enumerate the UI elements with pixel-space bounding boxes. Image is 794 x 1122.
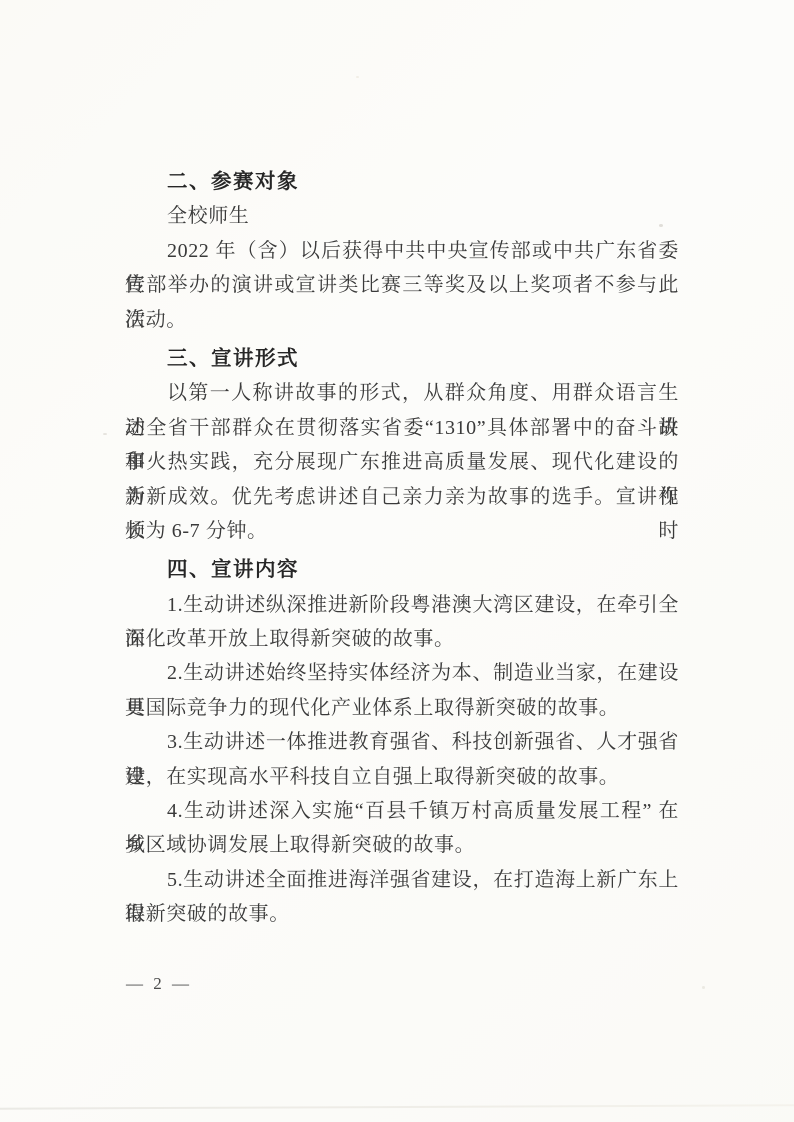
body-line: 全校师生 <box>125 199 679 233</box>
scanned-document-page: { "page": { "background_color": "#fcfcfa… <box>0 0 794 1122</box>
body-line: 3.生动讲述一体推进教育强省、科技创新强省、人才强省建 <box>125 725 679 759</box>
document-body: 二、参赛对象全校师生2022 年（含）以后获得中共中央宣传部或中共广东省委宣传部… <box>125 165 679 932</box>
body-line: 5.生动讲述全面推进海洋强省建设，在打造海上新广东上取 <box>125 863 679 897</box>
scan-speck <box>356 76 359 78</box>
body-line: 述全省干部群众在贯彻落实省委“1310”具体部署中的奋斗故事 <box>125 411 679 445</box>
body-line: 2.生动讲述始终坚持实体经济为本、制造业当家，在建设更 <box>125 656 679 690</box>
section-heading: 三、宣讲形式 <box>125 342 679 376</box>
scan-edge-shadow <box>0 1104 794 1110</box>
scan-speck <box>702 986 705 989</box>
body-line: 乡区域协调发展上取得新突破的故事。 <box>125 828 679 862</box>
page-number: — 2 — <box>126 972 192 996</box>
body-line: 4.生动讲述深入实施“百县千镇万村高质量发展工程” 在城 <box>125 794 679 828</box>
body-line: 设，在实现高水平科技自立自强上取得新突破的故事。 <box>125 760 679 794</box>
body-line: 活动。 <box>125 303 679 337</box>
body-line: 2022 年（含）以后获得中共中央宣传部或中共广东省委宣 <box>125 234 679 268</box>
body-line: 为新成效。优先考虑讲述自己亲力亲为故事的选手。宣讲视频时 <box>125 480 679 514</box>
body-line: 得新突破的故事。 <box>125 897 679 931</box>
scan-speck <box>103 433 107 435</box>
section-heading: 四、宣讲内容 <box>125 553 679 587</box>
body-line: 深化改革开放上取得新突破的故事。 <box>125 622 679 656</box>
section-heading: 二、参赛对象 <box>125 165 679 199</box>
body-line: 和火热实践，充分展现广东推进高质量发展、现代化建设的新作 <box>125 445 679 479</box>
body-line: 具国际竞争力的现代化产业体系上取得新突破的故事。 <box>125 691 679 725</box>
body-line: 以第一人称讲故事的形式，从群众角度、用群众语言生动讲 <box>125 376 679 410</box>
body-line: 1.生动讲述纵深推进新阶段粤港澳大湾区建设，在牵引全面 <box>125 588 679 622</box>
body-line: 传部举办的演讲或宣讲类比赛三等奖及以上奖项者不参与此次 <box>125 268 679 302</box>
